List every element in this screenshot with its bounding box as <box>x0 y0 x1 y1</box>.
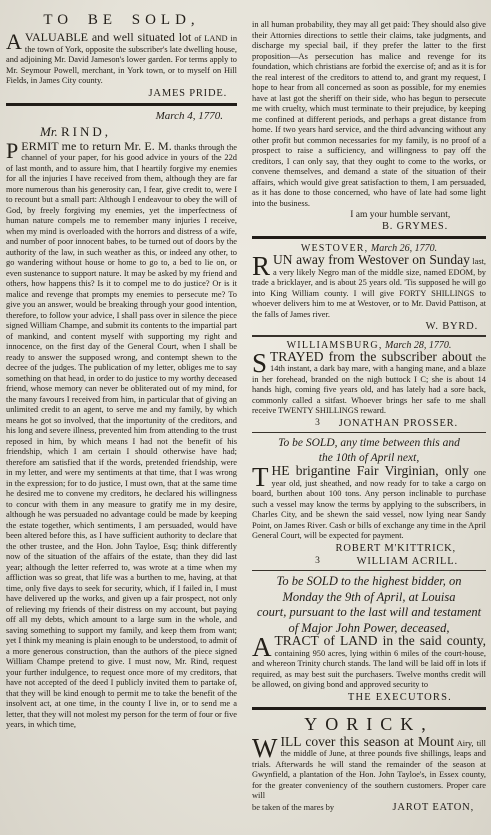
letter-grymes-body: PERMIT me to return Mr. E. M. thanks thr… <box>6 141 237 731</box>
auction-heading-line3: court, pursuant to the last will and tes… <box>252 605 486 620</box>
ad-land-auction-text: containing 950 acres, lying within 6 mil… <box>252 649 486 690</box>
ad-strayed-mare: WILLIAMSBURG, March 28, 1770. STRAYED fr… <box>252 340 486 429</box>
brigantine-signature-row: 3 WILLIAM ACRILL. <box>252 556 486 567</box>
section-divider <box>252 432 486 434</box>
ad-land-sale-heading: TO BE SOLD, <box>6 12 237 29</box>
ad-land-auction: To be SOLD to the highest bidder, on Mon… <box>252 574 486 703</box>
salutation-name: RIND, <box>61 124 111 139</box>
signature-james-pride: JAMES PRIDE. <box>6 88 237 99</box>
dropcap-s: S <box>252 352 270 374</box>
section-divider <box>252 570 486 572</box>
section-divider <box>6 103 237 106</box>
signature-b-grymes: B. GRYMES. <box>252 221 486 232</box>
ad-brigantine-body: THE brigantine Fair Virginian, only one … <box>252 466 486 542</box>
letter-continuation-text: in all human probability, they may all g… <box>252 20 486 209</box>
ad-yorick-body: WILL cover this season at Mount Airy, ti… <box>252 737 486 802</box>
ad-land-sale-lead: VALUABLE and well situated lot <box>25 30 192 44</box>
auction-heading-line1: To be SOLD to the highest bidder, on <box>252 574 486 589</box>
yorick-heading: YORICK, <box>252 714 486 735</box>
signature-jarot-eaton: JAROT EATON, <box>392 802 486 813</box>
insertion-number: 3 <box>252 418 321 429</box>
signature-william-acrill: WILLIAM ACRILL. <box>357 556 486 567</box>
ad-land-auction-lead: TRACT of LAND in the said county, <box>275 633 487 648</box>
ad-strayed-body: STRAYED from the subscriber about the 14… <box>252 352 486 417</box>
ad-runaway-slave: WESTOVER, March 26, 1770. RUN away from … <box>252 243 486 332</box>
insertion-number: 3 <box>252 556 321 567</box>
signature-jonathan-prosser: JONATHAN PROSSER. <box>339 418 486 429</box>
dropcap-a: A <box>252 636 275 658</box>
letter-grymes-continuation: in all human probability, they may all g… <box>252 20 486 232</box>
newspaper-page: TO BE SOLD, AVALUABLE and well situated … <box>0 0 491 835</box>
yorick-last-line: be taken of the mares by JAROT EATON, <box>252 802 486 813</box>
dropcap-r: R <box>252 255 273 277</box>
ad-brigantine-sale: To be SOLD, any time between this and th… <box>252 436 486 567</box>
letter-salutation: Mr. RIND, <box>40 124 237 140</box>
yorick-lastline-text: be taken of the mares by <box>252 802 334 813</box>
dropcap-t: T <box>252 466 272 488</box>
dropcap-a: A <box>6 32 25 51</box>
dropcap-p: P <box>6 141 21 160</box>
ad-brigantine-text: one year old, just sheathed, and now rea… <box>252 468 486 540</box>
ad-brigantine-lead: HE brigantine Fair Virginian, only <box>272 463 469 478</box>
right-column: in all human probability, they may all g… <box>252 0 486 813</box>
ad-runaway-lead: UN away from Westover on Sunday <box>273 252 470 267</box>
auction-heading-line2: Monday the 9th of April, at Louisa <box>252 590 486 605</box>
letter-dateline: March 4, 1770. <box>6 110 237 122</box>
signature-robert-mkittrick: ROBERT M'KITTRICK, <box>252 543 486 554</box>
ad-strayed-lead: TRAYED from the subscriber about <box>270 349 472 364</box>
dropcap-w: W <box>252 737 280 759</box>
salutation-prefix: Mr. <box>40 124 58 139</box>
section-divider <box>252 707 486 710</box>
section-divider <box>252 335 486 337</box>
strayed-signature-row: 3 JONATHAN PROSSER. <box>252 418 486 429</box>
section-divider <box>252 236 486 239</box>
ad-land-auction-body: ATRACT of LAND in the said county, conta… <box>252 636 486 691</box>
signature-executors: THE EXECUTORS. <box>252 692 486 703</box>
brigantine-heading-line1: To be SOLD, any time between this and <box>252 436 486 450</box>
letter-grymes-lead: ERMIT me to return Mr. E. M. <box>21 139 171 153</box>
letter-closing: I am your humble servant, <box>252 210 486 220</box>
letter-grymes: March 4, 1770. Mr. RIND, PERMIT me to re… <box>6 110 237 731</box>
ad-land-sale: TO BE SOLD, AVALUABLE and well situated … <box>6 12 237 99</box>
left-column: TO BE SOLD, AVALUABLE and well situated … <box>6 0 237 731</box>
ad-land-sale-body: AVALUABLE and well situated lot of LAND … <box>6 32 237 87</box>
signature-w-byrd: W. BYRD. <box>252 321 486 332</box>
ad-runaway-body: RUN away from Westover on Sunday last, a… <box>252 255 486 320</box>
ad-stallion-yorick: YORICK, WILL cover this season at Mount … <box>252 714 486 813</box>
ad-yorick-lead: ILL cover this season at Mount <box>280 734 454 749</box>
letter-grymes-text: thanks through the channel of your paper… <box>6 143 237 730</box>
